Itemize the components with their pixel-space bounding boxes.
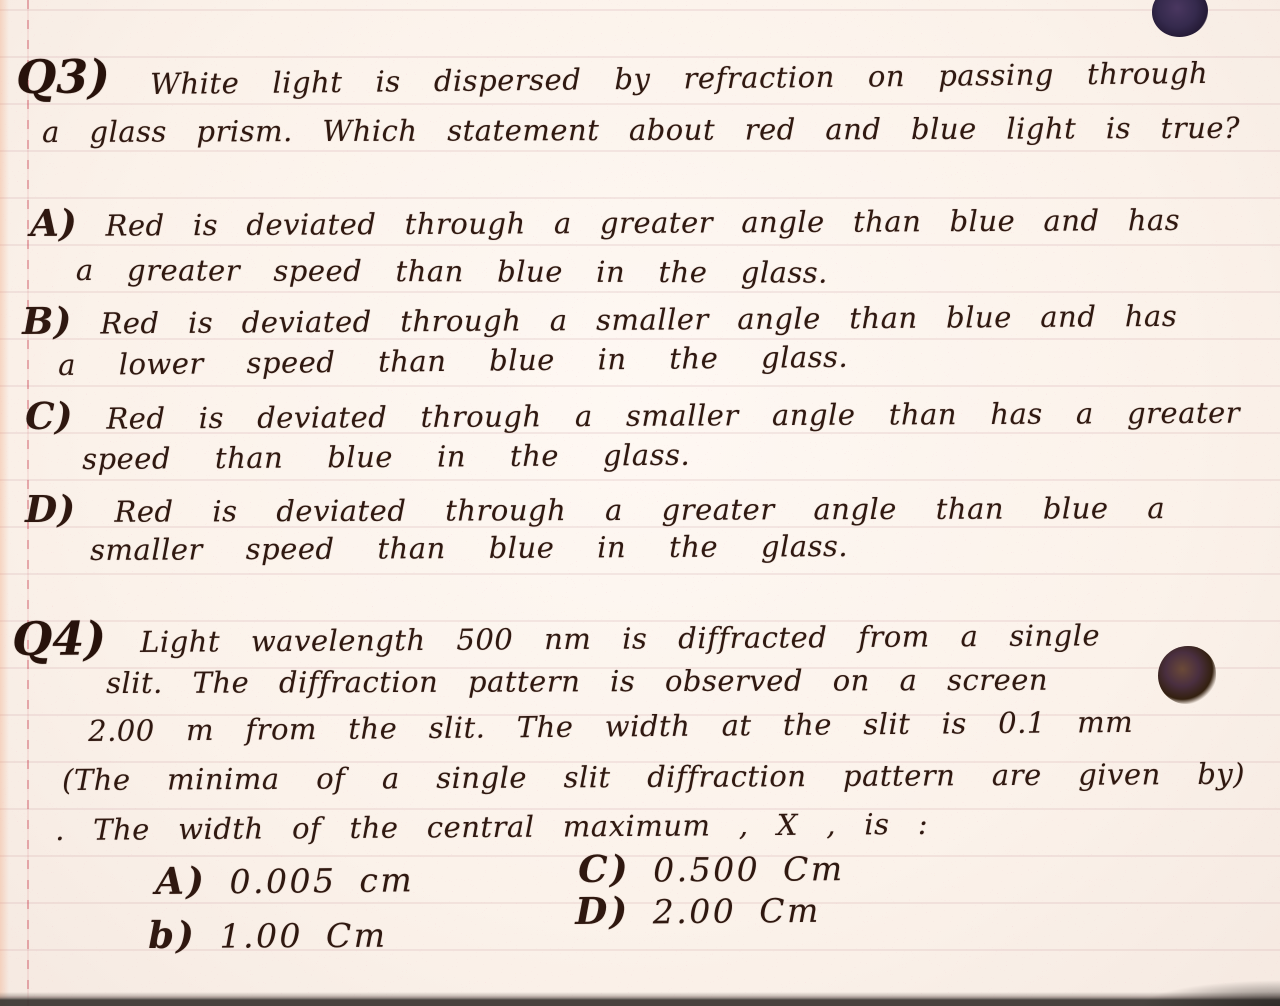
q3-option-c-line: speed than blue in the glass.: [82, 437, 690, 477]
q4-prompt-line: Light wavelength 500 nm is diffracted fr…: [140, 617, 1100, 660]
q4-option-d-label: D): [575, 889, 630, 933]
q3-option-b-text: Red is deviated through a smaller angle …: [100, 299, 1177, 341]
q4-option-c-value: 0.500 Cm: [653, 849, 845, 889]
q4-option-a: A) 0.005 cm: [155, 855, 414, 904]
q3-option-c-text: Red is deviated through a smaller angle …: [106, 396, 1240, 436]
q4-option-d-value: 2.00 Cm: [653, 891, 821, 931]
q3-option-a-line: a greater speed than blue in the glass.: [76, 252, 828, 291]
q4-label: Q4): [12, 611, 106, 666]
q4-prompt-line: . The width of the central maximum , X ,…: [55, 806, 928, 848]
q4-option-b-label: b): [148, 913, 197, 957]
q4-prompt-line: slit. The diffraction pattern is observe…: [106, 662, 1048, 702]
q4-option-d: D) 2.00 Cm: [575, 886, 821, 934]
q4-option-a-value: 0.005 cm: [229, 860, 414, 901]
q3-option-c-label: C): [25, 394, 73, 438]
ink-blot-middle-right: [1158, 646, 1216, 704]
q3-option-d-label: D): [25, 487, 76, 531]
q3-label: Q3): [16, 50, 110, 104]
q4-prompt-line: 2.00 m from the slit. The width at the s…: [88, 704, 1133, 749]
q3-prompt-line: a glass prism. Which statement about red…: [42, 110, 1240, 150]
q4-option-b: b) 1.00 Cm: [148, 911, 388, 959]
q3-option-a-text: Red is deviated through a greater angle …: [106, 203, 1181, 243]
q3-prompt-line: White light is dispersed by refraction o…: [150, 55, 1208, 102]
q3-option-b-line: a lower speed than blue in the glass.: [58, 339, 848, 384]
q4-prompt-line: (The minima of a single slit diffraction…: [62, 756, 1245, 798]
q3-option-b-line: B) Red is deviated through a smaller ang…: [22, 290, 1177, 344]
q3-option-d-text: Red is deviated through a greater angle …: [114, 491, 1165, 529]
handwritten-exam-page: Q3) White light is dispersed by refracti…: [0, 0, 1280, 1006]
q3-option-d-line: smaller speed than blue in the glass.: [90, 528, 848, 568]
q3-option-a-label: A): [30, 201, 77, 245]
q3-option-a-line: A) Red is deviated through a greater ang…: [30, 194, 1180, 246]
q3-option-c-line: C) Red is deviated through a smaller ang…: [25, 387, 1240, 440]
q3-option-d-line: D) Red is deviated through a greater ang…: [25, 482, 1165, 532]
q4-option-a-label: A): [155, 858, 207, 903]
q4-option-b-value: 1.00 Cm: [219, 916, 387, 956]
ink-blot-top-right: [1152, 0, 1208, 37]
q4-option-c-label: C): [578, 847, 630, 891]
q3-option-b-label: B): [22, 299, 72, 343]
photo-corner-shadow: [1140, 980, 1280, 1006]
photo-bottom-edge-shadow: [0, 992, 1280, 1006]
paper-left-edge: [0, 0, 9, 1006]
